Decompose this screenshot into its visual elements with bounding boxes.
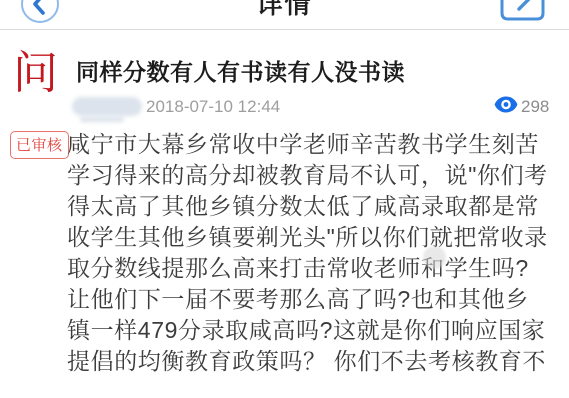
compose-button[interactable] [499, 0, 546, 22]
author-name-redacted [72, 97, 142, 116]
post-title: 同样分数有人有书读有人没书读 [76, 54, 405, 87]
author-name-redacted-smudge [80, 117, 124, 122]
views-count: 298 [521, 97, 549, 117]
detail-page: 详情 问 同样分数有人有书读有人没书读 2018-07-10 12:44 298… [0, 0, 569, 398]
watermark-dot [423, 246, 446, 269]
status-badge-reviewed: 已审核 [10, 131, 69, 159]
post-date: 2018-07-10 12:44 [146, 97, 280, 117]
navbar: 详情 [0, 0, 569, 30]
page-title: 详情 [0, 0, 569, 21]
question-type-icon: 问 [13, 50, 58, 95]
views-indicator [494, 95, 518, 117]
compose-icon [499, 9, 546, 26]
eye-icon [494, 96, 518, 113]
post-body-text: 咸宁市大幕乡常收中学老师辛苦教书学生刻苦 学习得来的高分却被教育局不认可，说"你… [67, 129, 563, 377]
